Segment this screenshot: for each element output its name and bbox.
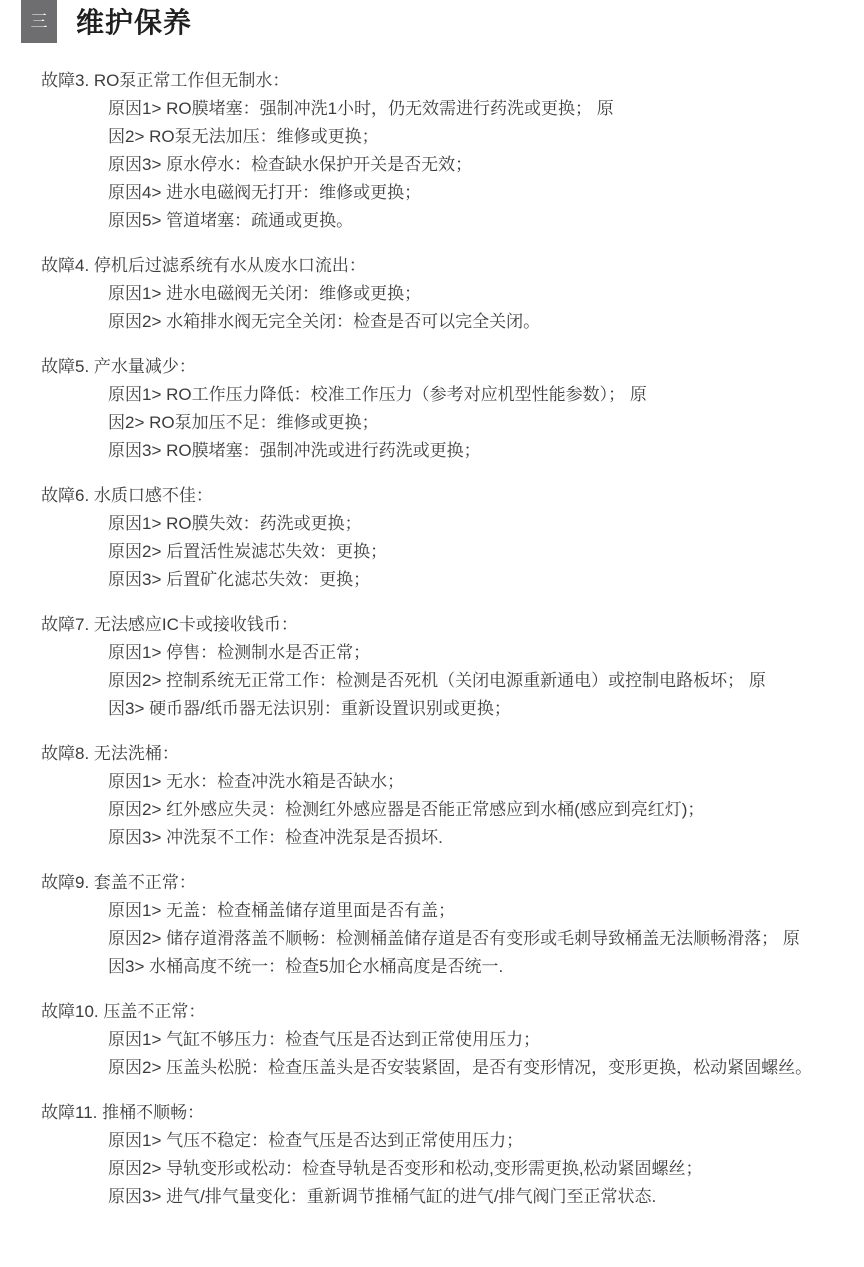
fault-section: 故障10. 压盖不正常：原因1> 气缸不够压力：检查气压是否达到正常使用压力；原… [41,998,854,1082]
cause-line: 原因1> RO膜失效：药洗或更换； [108,510,854,538]
section-number-label: 三 [31,13,48,30]
cause-line: 原因4> 进水电磁阀无打开：维修或更换； [108,179,854,207]
fault-section: 故障11. 推桶不顺畅：原因1> 气压不稳定：检查气压是否达到正常使用压力；原因… [41,1099,854,1211]
fault-title: 故障8. 无法洗桶： [41,740,854,768]
cause-line: 原因2> 水箱排水阀无完全关闭：检查是否可以完全关闭。 [108,308,854,336]
cause-line: 原因2> 控制系统无正常工作：检测是否死机（关闭电源重新通电）或控制电路板坏； … [108,667,854,695]
cause-line: 原因1> 停售：检测制水是否正常； [108,639,854,667]
manual-page: 三 维护保养 故障3. RO泵正常工作但无制水：原因1> RO膜堵塞：强制冲洗1… [0,0,864,1267]
fault-section: 故障8. 无法洗桶：原因1> 无水：检查冲洗水箱是否缺水；原因2> 红外感应失灵… [41,740,854,852]
cause-line: 原因2> 红外感应失灵：检测红外感应器是否能正常感应到水桶(感应到亮红灯)； [108,796,854,824]
cause-line: 因3> 硬币器/纸币器无法识别：重新设置识别或更换； [108,695,854,723]
cause-line: 因2> RO泵无法加压：维修或更换； [108,123,854,151]
cause-line: 原因3> RO膜堵塞：强制冲洗或进行药洗或更换； [108,437,854,465]
fault-section: 故障7. 无法感应IC卡或接收钱币：原因1> 停售：检测制水是否正常；原因2> … [41,611,854,723]
fault-title: 故障3. RO泵正常工作但无制水： [41,67,854,95]
cause-line: 原因1> 气压不稳定：检查气压是否达到正常使用压力； [108,1127,854,1155]
cause-line: 因3> 水桶高度不统一：检查5加仑水桶高度是否统一. [108,953,854,981]
fault-section: 故障9. 套盖不正常：原因1> 无盖：检查桶盖储存道里面是否有盖；原因2> 储存… [41,869,854,981]
cause-line: 原因1> RO膜堵塞：强制冲洗1小时，仍无效需进行药洗或更换； 原 [108,95,854,123]
fault-title: 故障5. 产水量减少： [41,353,854,381]
cause-line: 原因1> 进水电磁阀无关闭：维修或更换； [108,280,854,308]
cause-line: 原因3> 进气/排气量变化：重新调节推桶气缸的进气/排气阀门至正常状态. [108,1183,854,1211]
page-header: 三 维护保养 [0,0,864,43]
fault-title: 故障6. 水质口感不佳： [41,482,854,510]
fault-section: 故障3. RO泵正常工作但无制水：原因1> RO膜堵塞：强制冲洗1小时，仍无效需… [41,67,854,235]
fault-title: 故障9. 套盖不正常： [41,869,854,897]
cause-line: 原因2> 储存道滑落盖不顺畅：检测桶盖储存道是否有变形或毛刺导致桶盖无法顺畅滑落… [108,925,854,953]
fault-section: 故障4. 停机后过滤系统有水从废水口流出：原因1> 进水电磁阀无关闭：维修或更换… [41,252,854,336]
cause-line: 原因1> RO工作压力降低：校准工作压力（参考对应机型性能参数）； 原 [108,381,854,409]
fault-list: 故障3. RO泵正常工作但无制水：原因1> RO膜堵塞：强制冲洗1小时，仍无效需… [0,67,864,1211]
cause-line: 原因2> 压盖头松脱：检查压盖头是否安装紧固，是否有变形情况，变形更换，松动紧固… [108,1054,854,1082]
cause-line: 原因1> 无盖：检查桶盖储存道里面是否有盖； [108,897,854,925]
cause-line: 原因2> 导轨变形或松动：检查导轨是否变形和松动,变形需更换,松动紧固螺丝； [108,1155,854,1183]
cause-line: 原因3> 原水停水：检查缺水保护开关是否无效； [108,151,854,179]
cause-line: 原因3> 后置矿化滤芯失效：更换； [108,566,854,594]
cause-line: 原因3> 冲洗泵不工作：检查冲洗泵是否损坏. [108,824,854,852]
fault-section: 故障5. 产水量减少：原因1> RO工作压力降低：校准工作压力（参考对应机型性能… [41,353,854,465]
cause-line: 因2> RO泵加压不足：维修或更换； [108,409,854,437]
cause-line: 原因5> 管道堵塞：疏通或更换。 [108,207,854,235]
fault-title: 故障4. 停机后过滤系统有水从废水口流出： [41,252,854,280]
cause-line: 原因1> 无水：检查冲洗水箱是否缺水； [108,768,854,796]
fault-title: 故障10. 压盖不正常： [41,998,854,1026]
cause-line: 原因1> 气缸不够压力：检查气压是否达到正常使用压力； [108,1026,854,1054]
section-number-box: 三 [21,0,57,43]
fault-title: 故障11. 推桶不顺畅： [41,1099,854,1127]
fault-title: 故障7. 无法感应IC卡或接收钱币： [41,611,854,639]
page-title: 维护保养 [76,0,192,43]
fault-section: 故障6. 水质口感不佳：原因1> RO膜失效：药洗或更换；原因2> 后置活性炭滤… [41,482,854,594]
cause-line: 原因2> 后置活性炭滤芯失效：更换； [108,538,854,566]
